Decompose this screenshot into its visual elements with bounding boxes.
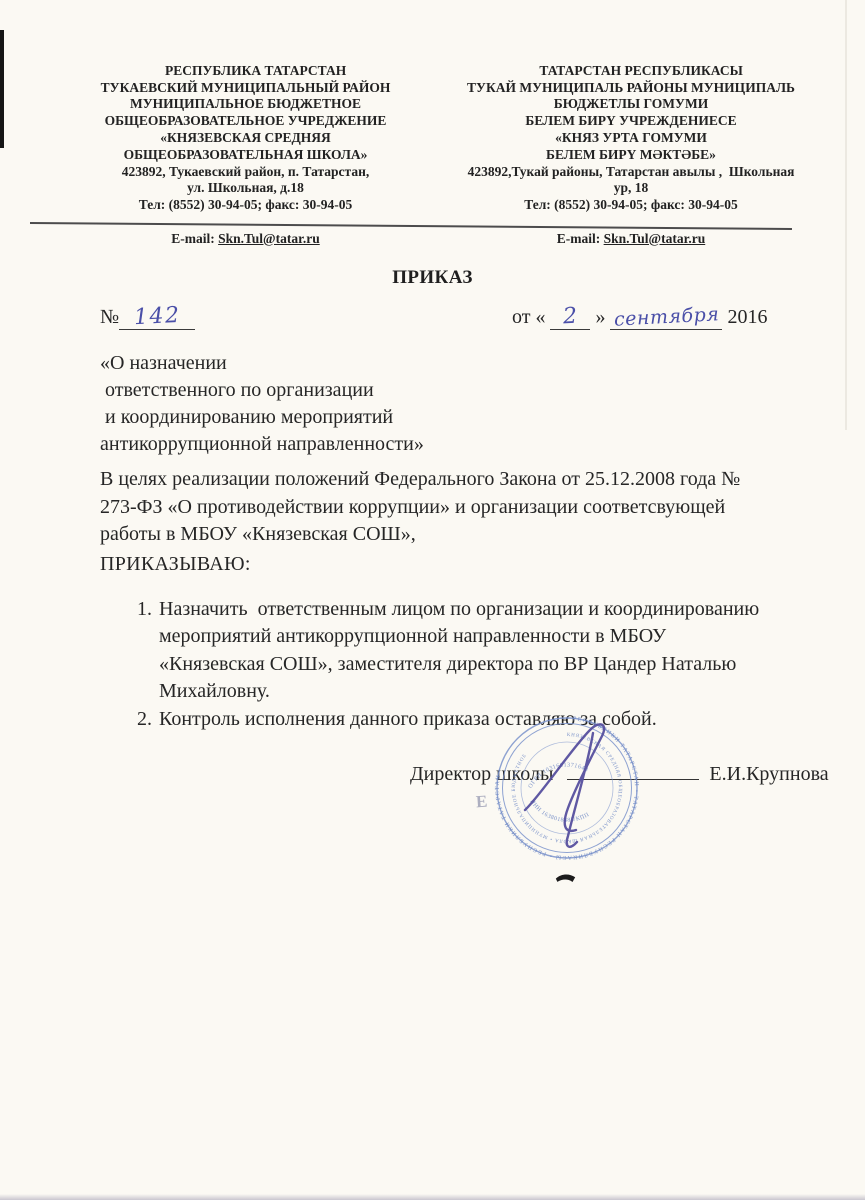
ink-smudge <box>553 870 579 886</box>
handwritten-day: 2 <box>562 304 579 330</box>
email-address: Skn.Tul@tatar.ru <box>604 231 706 246</box>
order-number: №142 <box>100 306 195 328</box>
letterhead-tatar-text: ТАТАРСТАН РЕСПУБЛИКАСЫ ТУКАЙ МУНИЦИПАЛЬ … <box>467 63 795 212</box>
number-label: № <box>100 306 119 328</box>
date-year: 2016 <box>727 306 767 328</box>
email-label: E-mail: <box>557 231 604 246</box>
seal-ring-inner-text: КНЯЗЕВСКАЯ СРЕДНЯЯ ОБЩЕОБРАЗОВАТЕЛЬНАЯ Ш… <box>512 733 622 843</box>
signature-name: Е.И.Крупнова <box>709 763 828 785</box>
date-month-underline: сентября <box>610 306 722 330</box>
letterhead-russian-text: РЕСПУБЛИКА ТАТАРСТАН ТУКАЕВСКИЙ МУНИЦИПА… <box>101 63 391 212</box>
school-seal-stamp: • РЕСПУБЛИКИ ТАТАРСТАН • ТАТАРСТАН РЕСПУ… <box>480 708 660 868</box>
letterhead-tatar: ТАТАРСТАН РЕСПУБЛИКАСЫ ТУКАЙ МУНИЦИПАЛЬ … <box>435 46 827 281</box>
letterhead-russian-email-line: E-mail: Skn.Tul@tatar.ru <box>58 231 433 248</box>
date-day-underline: 2 <box>550 304 590 330</box>
order-subject: «О назначении ответственного по организа… <box>100 350 424 458</box>
seal-inn-text: ИНН 1638018885/КПП <box>528 799 590 824</box>
date-prefix: от « <box>512 306 545 328</box>
handwritten-month: сентября <box>613 303 719 330</box>
handwritten-number: 142 <box>133 303 181 330</box>
order-item-1: Назначить ответственным лицом по организ… <box>157 596 857 706</box>
scan-edge-artifact-left <box>0 30 4 148</box>
letterhead: РЕСПУБЛИКА ТАТАРСТАН ТУКАЕВСКИЙ МУНИЦИПА… <box>58 46 827 281</box>
letterhead-tatar-email-line: E-mail: Skn.Tul@tatar.ru <box>435 231 827 248</box>
document-title: ПРИКАЗ <box>0 267 865 289</box>
email-label: E-mail: <box>171 231 218 246</box>
order-date: от « 2 » сентября 2016 <box>512 304 767 330</box>
letterhead-russian: РЕСПУБЛИКА ТАТАРСТАН ТУКАЕВСКИЙ МУНИЦИПА… <box>58 46 433 281</box>
email-address: Skn.Tul@tatar.ru <box>218 231 320 246</box>
number-date-row: №142 от « 2 » сентября 2016 <box>100 304 805 344</box>
scanned-order-document: РЕСПУБЛИКА ТАТАРСТАН ТУКАЕВСКИЙ МУНИЦИПА… <box>0 0 865 1200</box>
order-verb: ПРИКАЗЫВАЮ: <box>100 553 251 576</box>
date-close-quote: » <box>595 306 605 328</box>
scan-edge-artifact-right <box>845 0 847 430</box>
number-underline: 142 <box>119 304 195 330</box>
order-preamble: В целях реализации положений Федеральног… <box>100 466 800 549</box>
scan-edge-artifact-bottom <box>0 1194 865 1200</box>
